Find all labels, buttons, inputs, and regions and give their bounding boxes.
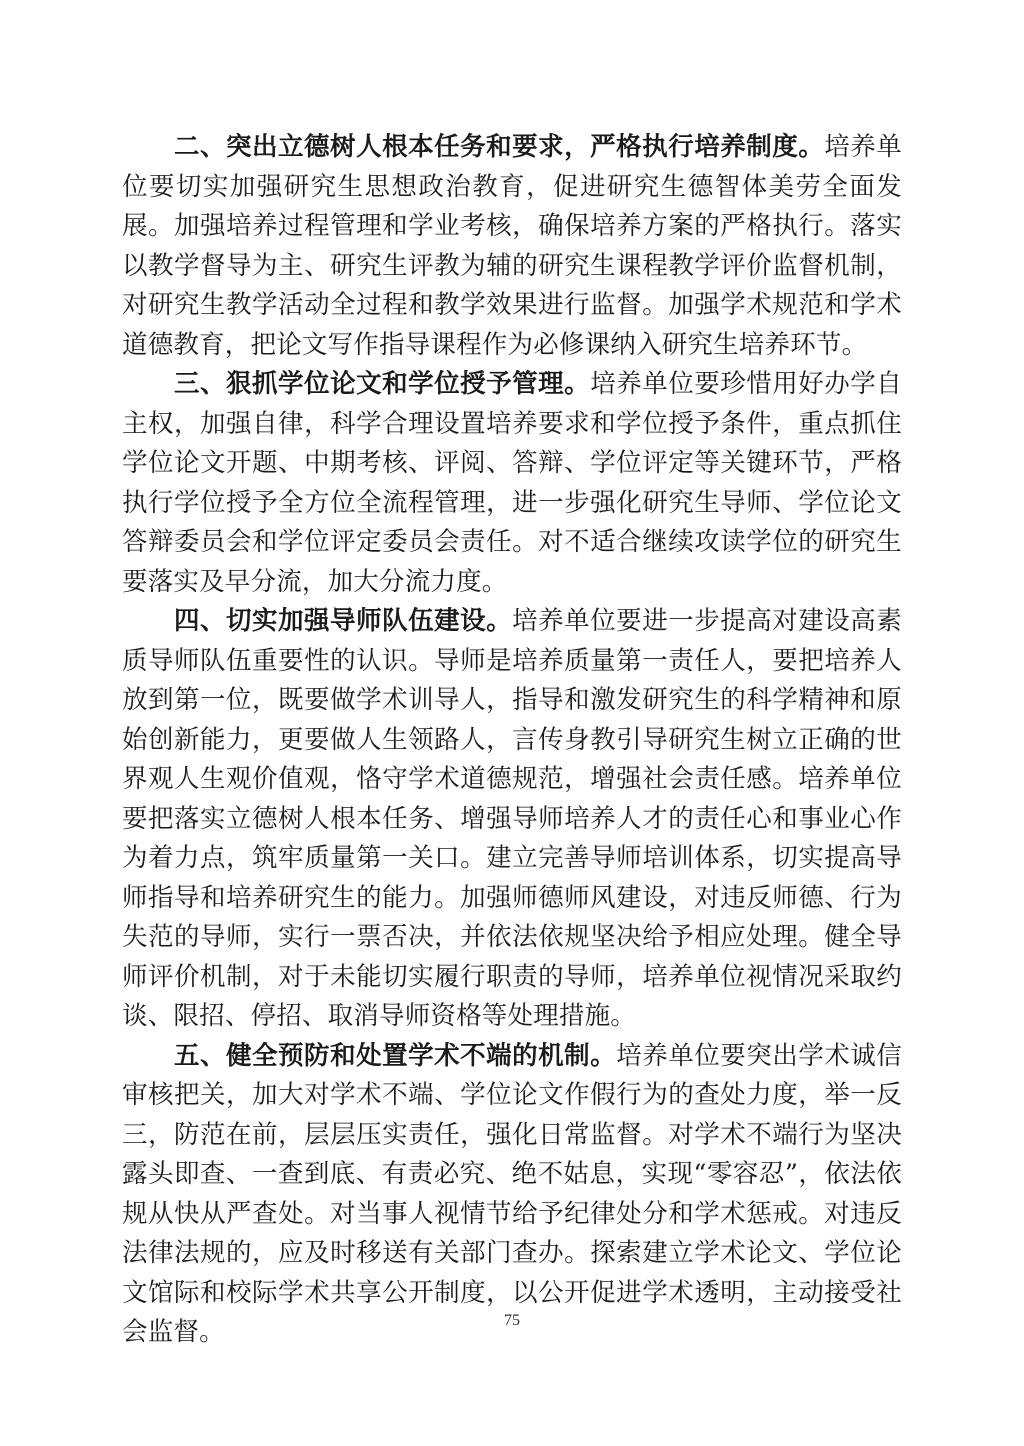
section-body: 培养单位要突出学术诚信审核把关，加大对学术不端、学位论文作假行为的查处力度，举一…: [122, 1041, 902, 1348]
section-body: 培养单位要珍惜用好办学自主权，加强自律，科学合理设置培养要求和学位授予条件，重点…: [122, 369, 902, 597]
section-heading: 四、切实加强导师队伍建设。: [174, 606, 512, 636]
section-body: 培养单位要切实加强研究生思想政治教育，促进研究生德智体美劳全面发展。加强培养过程…: [122, 132, 902, 360]
paragraph-section-4: 四、切实加强导师队伍建设。培养单位要进一步提高对建设高素质导师队伍重要性的认识。…: [122, 602, 902, 1037]
paragraph-section-5: 五、健全预防和处置学术不端的机制。培养单位要突出学术诚信审核把关，加大对学术不端…: [122, 1037, 902, 1353]
paragraph-section-2: 二、突出立德树人根本任务和要求，严格执行培养制度。培养单位要切实加强研究生思想政…: [122, 128, 902, 365]
page-number: 75: [0, 1312, 1024, 1330]
section-heading: 五、健全预防和处置学术不端的机制。: [174, 1041, 616, 1071]
paragraph-section-3: 三、狠抓学位论文和学位授予管理。培养单位要珍惜用好办学自主权，加强自律，科学合理…: [122, 365, 902, 602]
section-heading: 二、突出立德树人根本任务和要求，严格执行培养制度。: [174, 132, 824, 162]
document-page: 二、突出立德树人根本任务和要求，严格执行培养制度。培养单位要切实加强研究生思想政…: [122, 128, 902, 1353]
section-heading: 三、狠抓学位论文和学位授予管理。: [174, 369, 590, 399]
section-body: 培养单位要进一步提高对建设高素质导师队伍重要性的认识。导师是培养质量第一责任人，…: [122, 606, 902, 1031]
